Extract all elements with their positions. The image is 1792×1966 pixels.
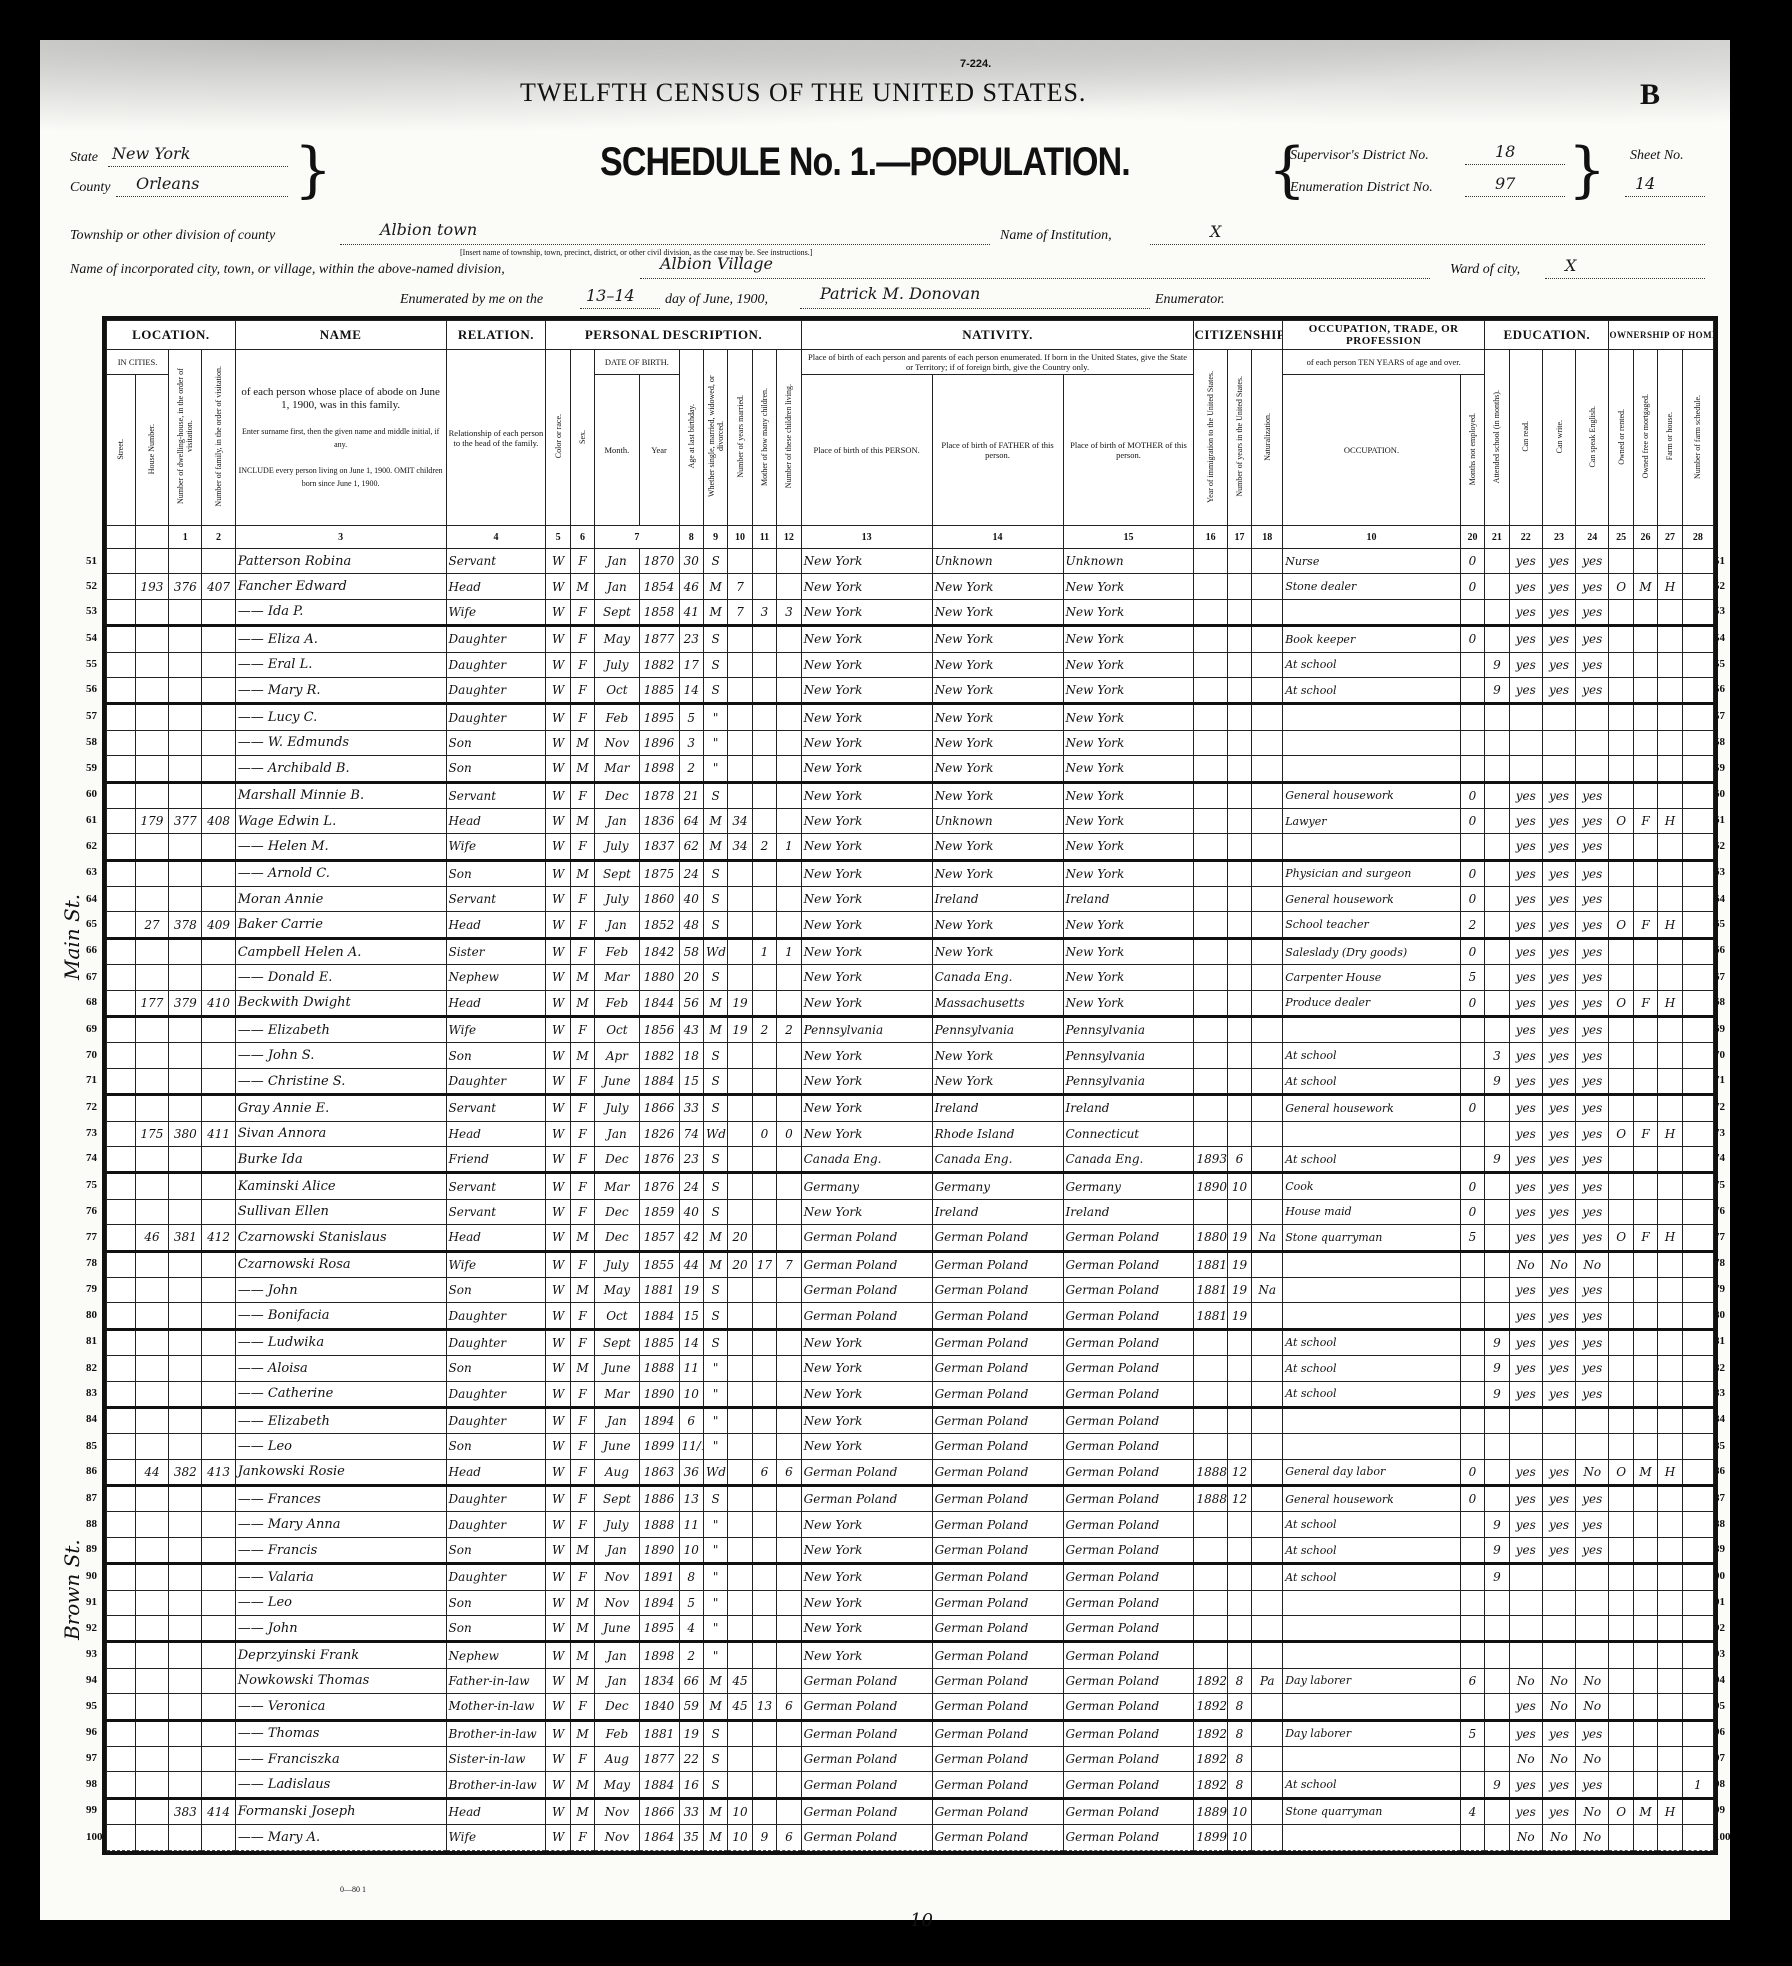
attended-school-cell — [1485, 1746, 1509, 1771]
house-number-cell — [135, 1173, 168, 1199]
occupation-cell — [1283, 599, 1461, 625]
column-number: 10 — [728, 526, 752, 549]
birth-year-cell: 1884 — [639, 1303, 679, 1329]
dwelling-number-cell: 377 — [169, 808, 202, 833]
age-cell: 8 — [679, 1564, 703, 1590]
naturalization-cell — [1252, 1537, 1283, 1563]
naturalization-cell — [1252, 1251, 1283, 1277]
dwelling-number-cell — [169, 782, 202, 808]
farm-schedule-cell — [1682, 1798, 1713, 1824]
naturalization-cell — [1252, 626, 1283, 652]
can-read-cell: yes — [1509, 1772, 1542, 1798]
occupation-cell — [1283, 1590, 1461, 1615]
farm-schedule-cell — [1682, 1225, 1713, 1251]
owned-rented-cell — [1609, 1381, 1633, 1407]
column-number: 23 — [1542, 526, 1575, 549]
can-read-cell: yes — [1509, 912, 1542, 938]
sex-cell: F — [570, 1694, 594, 1720]
name-cell: —— Valaria — [235, 1564, 446, 1590]
years-married-cell — [728, 860, 752, 886]
relation-cell: Servant — [446, 887, 546, 912]
years-in-us-cell — [1227, 965, 1251, 990]
table-row: —— Donald E.NephewWMMar188020SNew YorkCa… — [107, 965, 1714, 990]
birth-year-cell: 1898 — [639, 1642, 679, 1668]
owned-rented-cell — [1609, 1356, 1633, 1381]
birthplace-father-cell: Ireland — [932, 887, 1063, 912]
line-number-left: 75 — [86, 1179, 97, 1191]
marital-status-cell: S — [703, 782, 727, 808]
immigration-year-cell — [1194, 549, 1227, 574]
table-row: Patterson RobinaServantWFJan187030SNew Y… — [107, 549, 1714, 574]
house-number-cell — [135, 1537, 168, 1563]
birth-year-cell: 1864 — [639, 1825, 679, 1850]
marital-status-cell: S — [703, 1277, 727, 1302]
mother-of-cell — [752, 1564, 776, 1590]
attended-school-cell — [1485, 782, 1509, 808]
birthplace-father-cell: New York — [932, 938, 1063, 964]
years-in-us-cell — [1227, 990, 1251, 1016]
marital-status-cell: M — [703, 1668, 727, 1693]
years-in-us-cell — [1227, 1512, 1251, 1537]
can-speak-english-cell: yes — [1576, 860, 1609, 886]
dwelling-number-cell — [169, 704, 202, 730]
naturalization-cell — [1252, 1173, 1283, 1199]
birth-month-cell: Aug — [595, 1746, 639, 1771]
street-cell — [107, 1303, 136, 1329]
years-married-cell — [728, 1407, 752, 1433]
naturalization-cell — [1252, 1459, 1283, 1485]
can-speak-english-cell — [1576, 1407, 1609, 1433]
can-speak-english-cell: yes — [1576, 1356, 1609, 1381]
age-cell: 6 — [679, 1407, 703, 1433]
farm-schedule-cell — [1682, 1173, 1713, 1199]
immigration-year-cell: 1892 — [1194, 1694, 1227, 1720]
owned-rented-header: Owned or rented. — [1609, 350, 1633, 526]
farm-schedule-cell — [1682, 730, 1713, 755]
can-read-cell — [1509, 1616, 1542, 1642]
occupation-cell — [1283, 1017, 1461, 1043]
table-row: —— VeronicaMother-in-lawWFDec184059M4513… — [107, 1694, 1714, 1720]
naturalization-cell — [1252, 1199, 1283, 1224]
line-number: 89 — [1714, 1543, 1740, 1555]
column-number — [135, 526, 168, 549]
years-married-cell — [728, 1512, 752, 1537]
birthplace-mother-cell: New York — [1063, 912, 1194, 938]
owned-free-cell — [1633, 1512, 1657, 1537]
house-number-cell — [135, 1303, 168, 1329]
enumerated-day-field: 13–14 — [580, 290, 660, 309]
years-in-us-cell — [1227, 912, 1251, 938]
house-number-cell — [135, 1146, 168, 1172]
mother-of-cell: 9 — [752, 1825, 776, 1850]
marital-status-cell: S — [703, 626, 727, 652]
name-cell: —— John S. — [235, 1043, 446, 1068]
sex-cell: F — [570, 782, 594, 808]
street-cell — [107, 730, 136, 755]
farm-house-cell — [1658, 1043, 1682, 1068]
birthplace-person-cell: New York — [801, 1043, 932, 1068]
farm-house-cell — [1658, 1381, 1682, 1407]
farm-schedule-cell — [1682, 1668, 1713, 1693]
street-cell — [107, 1798, 136, 1824]
owned-rented-cell — [1609, 1512, 1633, 1537]
months-unemployed-cell — [1460, 1537, 1484, 1563]
attended-school-cell: 9 — [1485, 1146, 1509, 1172]
years-married-cell — [728, 1277, 752, 1302]
state-field: New York — [108, 148, 288, 167]
street-cell — [107, 1590, 136, 1615]
relation-cell: Daughter — [446, 1564, 546, 1590]
can-speak-english-cell: yes — [1576, 1095, 1609, 1121]
owned-free-cell: F — [1633, 1225, 1657, 1251]
table-row: 193376407Fancher EdwardHeadWMJan185446M7… — [107, 574, 1714, 599]
birthplace-person-cell: New York — [801, 704, 932, 730]
mother-of-cell — [752, 1199, 776, 1224]
farm-house-cell: H — [1658, 1459, 1682, 1485]
age-cell: 42 — [679, 1225, 703, 1251]
immigration-year-cell: 1892 — [1194, 1720, 1227, 1746]
marital-status-cell: S — [703, 1095, 727, 1121]
occupation-cell: General housework — [1283, 1095, 1461, 1121]
line-number: 64 — [1714, 893, 1740, 905]
name-cell: Campbell Helen A. — [235, 938, 446, 964]
schedule-title: SCHEDULE No. 1.—POPULATION. — [600, 140, 1130, 185]
color-cell: W — [546, 1590, 570, 1615]
birthplace-person-cell: New York — [801, 1068, 932, 1094]
table-row: Marshall Minnie B.ServantWFDec187821SNew… — [107, 782, 1714, 808]
birth-month-cell: Dec — [595, 1146, 639, 1172]
column-number: 8 — [679, 526, 703, 549]
family-number-cell: 413 — [202, 1459, 235, 1485]
farm-house-cell — [1658, 1486, 1682, 1512]
owned-rented-cell: O — [1609, 808, 1633, 833]
family-number-cell — [202, 756, 235, 782]
can-read-cell: yes — [1509, 1277, 1542, 1302]
line-number-left: 64 — [86, 893, 97, 905]
supervisor-district-label: Supervisor's District No. — [1290, 148, 1429, 164]
can-speak-english-cell — [1576, 1564, 1609, 1590]
dwelling-number-cell — [169, 549, 202, 574]
age-cell: 64 — [679, 808, 703, 833]
birth-year-cell: 1876 — [639, 1173, 679, 1199]
owned-rented-cell — [1609, 1537, 1633, 1563]
mother-of-cell: 1 — [752, 938, 776, 964]
owned-rented-cell: O — [1609, 990, 1633, 1016]
sex-cell: F — [570, 1434, 594, 1459]
can-write-cell: yes — [1542, 1772, 1575, 1798]
birthplace-father-cell: German Poland — [932, 1564, 1063, 1590]
birthplace-mother-cell: German Poland — [1063, 1746, 1194, 1771]
occupation-cell — [1283, 1251, 1461, 1277]
mother-of-cell — [752, 1407, 776, 1433]
attended-school-cell — [1485, 574, 1509, 599]
line-number-left: 70 — [86, 1049, 97, 1061]
birthplace-person-cell: New York — [801, 756, 932, 782]
color-cell: W — [546, 677, 570, 703]
township-value: Albion town — [380, 220, 477, 239]
can-read-cell: yes — [1509, 1225, 1542, 1251]
table-row: —— W. EdmundsSonWMNov18963"New YorkNew Y… — [107, 730, 1714, 755]
months-unemployed-cell — [1460, 1329, 1484, 1355]
attended-school-cell — [1485, 1486, 1509, 1512]
relation-cell: Head — [446, 808, 546, 833]
years-in-us-cell — [1227, 938, 1251, 964]
street-cell — [107, 1512, 136, 1537]
enumeration-district-value: 97 — [1495, 174, 1515, 193]
sex-cell: F — [570, 1746, 594, 1771]
marital-status-cell: M — [703, 599, 727, 625]
marital-status-cell: " — [703, 1590, 727, 1615]
sex-cell: F — [570, 677, 594, 703]
line-number-left: 74 — [86, 1152, 97, 1164]
occupation-cell — [1283, 730, 1461, 755]
owned-free-cell — [1633, 677, 1657, 703]
color-cell: W — [546, 756, 570, 782]
marital-status-cell: S — [703, 965, 727, 990]
children-living-cell: 2 — [777, 1017, 801, 1043]
owned-rented-cell — [1609, 834, 1633, 860]
line-number-left: 89 — [86, 1543, 97, 1555]
owned-free-cell — [1633, 1668, 1657, 1693]
table-row: —— ElizabethWifeWFOct185643M1922Pennsylv… — [107, 1017, 1714, 1043]
owned-free-cell — [1633, 549, 1657, 574]
can-write-cell: yes — [1542, 1512, 1575, 1537]
line-number: 97 — [1714, 1752, 1740, 1764]
house-number-cell — [135, 834, 168, 860]
name-cell: —— Mary R. — [235, 677, 446, 703]
owned-free-cell — [1633, 1694, 1657, 1720]
can-speak-english-cell: yes — [1576, 1512, 1609, 1537]
birthplace-father-cell: New York — [932, 704, 1063, 730]
years-in-us-cell — [1227, 756, 1251, 782]
birth-month-cell: June — [595, 1434, 639, 1459]
owned-rented-cell — [1609, 626, 1633, 652]
birthplace-father-cell: Ireland — [932, 1095, 1063, 1121]
mother-of-cell — [752, 574, 776, 599]
birthplace-father-cell: Unknown — [932, 808, 1063, 833]
occupation-cell: Cook — [1283, 1173, 1461, 1199]
years-married-cell — [728, 1303, 752, 1329]
marital-status-cell: M — [703, 808, 727, 833]
birthplace-father-cell: New York — [932, 834, 1063, 860]
owned-free-cell — [1633, 1746, 1657, 1771]
mother-of-cell — [752, 626, 776, 652]
family-number-cell — [202, 1199, 235, 1224]
years-married-cell — [728, 1434, 752, 1459]
table-row: —— Mary AnnaDaughterWFJuly188811"New Yor… — [107, 1512, 1714, 1537]
farm-house-cell: H — [1658, 990, 1682, 1016]
marital-status-cell: Wd — [703, 1121, 727, 1146]
family-number-cell: 414 — [202, 1798, 235, 1824]
line-number: 85 — [1714, 1440, 1740, 1452]
column-number: 21 — [1485, 526, 1509, 549]
line-number: 96 — [1714, 1726, 1740, 1738]
children-living-cell — [777, 1798, 801, 1824]
months-unemployed-cell: 6 — [1460, 1668, 1484, 1693]
marital-status-cell: S — [703, 549, 727, 574]
farm-schedule-cell — [1682, 1277, 1713, 1302]
farm-house-cell — [1658, 1277, 1682, 1302]
birth-month-cell: Nov — [595, 1564, 639, 1590]
table-row: Deprzyinski FrankNephewWMJan18982"New Yo… — [107, 1642, 1714, 1668]
marital-status-cell: " — [703, 756, 727, 782]
can-speak-english-cell: yes — [1576, 887, 1609, 912]
naturalization-cell — [1252, 1017, 1283, 1043]
occupation-cell: Day laborer — [1283, 1668, 1461, 1693]
marital-status-cell: S — [703, 1146, 727, 1172]
months-unemployed-cell — [1460, 704, 1484, 730]
marital-status-cell: S — [703, 1720, 727, 1746]
occupation-cell: General housework — [1283, 782, 1461, 808]
dwelling-number-cell: 378 — [169, 912, 202, 938]
color-cell: W — [546, 1616, 570, 1642]
birth-year-cell: 1858 — [639, 599, 679, 625]
years-in-us-cell — [1227, 599, 1251, 625]
family-number-cell — [202, 1512, 235, 1537]
months-unemployed-cell — [1460, 1303, 1484, 1329]
naturalization-cell — [1252, 1486, 1283, 1512]
table-row: Campbell Helen A.SisterWFFeb184258Wd11Ne… — [107, 938, 1714, 964]
street-cell — [107, 1173, 136, 1199]
years-in-us-cell: 8 — [1227, 1746, 1251, 1771]
naturalization-cell: Pa — [1252, 1668, 1283, 1693]
occupation-cell — [1283, 704, 1461, 730]
immigration-year-cell: 1892 — [1194, 1772, 1227, 1798]
house-number-cell — [135, 756, 168, 782]
mother-of-cell — [752, 1277, 776, 1302]
name-cell: —— Francis — [235, 1537, 446, 1563]
children-living-cell — [777, 1407, 801, 1433]
birthplace-person-cell: New York — [801, 1095, 932, 1121]
relation-cell: Son — [446, 860, 546, 886]
months-unemployed-cell: 5 — [1460, 1720, 1484, 1746]
can-speak-english-cell: yes — [1576, 782, 1609, 808]
farm-house-cell — [1658, 626, 1682, 652]
years-married-cell — [728, 677, 752, 703]
months-unemployed-cell: 2 — [1460, 912, 1484, 938]
months-unemployed-cell — [1460, 1564, 1484, 1590]
naturalization-cell — [1252, 549, 1283, 574]
age-cell: 56 — [679, 990, 703, 1016]
attended-school-cell — [1485, 938, 1509, 964]
mother-of-cell — [752, 1146, 776, 1172]
farm-house-cell — [1658, 782, 1682, 808]
can-write-cell: yes — [1542, 1173, 1575, 1199]
immigration-year-cell: 1880 — [1194, 1225, 1227, 1251]
farm-house-cell — [1658, 1199, 1682, 1224]
line-number: 71 — [1714, 1074, 1740, 1086]
family-number-cell: 408 — [202, 808, 235, 833]
farm-schedule-cell — [1682, 1486, 1713, 1512]
children-living-cell — [777, 965, 801, 990]
can-speak-english-cell — [1576, 1434, 1609, 1459]
months-unemployed-cell — [1460, 652, 1484, 677]
line-number-left: 87 — [86, 1492, 97, 1504]
owned-free-cell — [1633, 756, 1657, 782]
birthplace-person-cell: New York — [801, 1537, 932, 1563]
birthplace-father-cell: German Poland — [932, 1642, 1063, 1668]
children-living-cell — [777, 1616, 801, 1642]
color-cell: W — [546, 1407, 570, 1433]
can-write-cell: No — [1542, 1694, 1575, 1720]
attended-school-cell — [1485, 1798, 1509, 1824]
naturalization-cell — [1252, 1798, 1283, 1824]
name-cell: Sullivan Ellen — [235, 1199, 446, 1224]
attended-school-cell — [1485, 1668, 1509, 1693]
children-living-cell — [777, 1642, 801, 1668]
years-in-us-cell: 19 — [1227, 1277, 1251, 1302]
owned-rented-cell — [1609, 1746, 1633, 1771]
mother-of-cell — [752, 782, 776, 808]
farm-house-cell — [1658, 1407, 1682, 1433]
attended-school-cell: 9 — [1485, 1329, 1509, 1355]
farm-schedule-cell — [1682, 704, 1713, 730]
occupation-cell: General housework — [1283, 887, 1461, 912]
attended-school-cell — [1485, 1121, 1509, 1146]
house-number-cell — [135, 1043, 168, 1068]
owned-free-cell — [1633, 1329, 1657, 1355]
occupation-cell — [1283, 1616, 1461, 1642]
naturalization-cell — [1252, 965, 1283, 990]
line-number-left: 65 — [86, 918, 97, 930]
name-cell: —— Helen M. — [235, 834, 446, 860]
color-cell: W — [546, 704, 570, 730]
relation-cell: Daughter — [446, 626, 546, 652]
can-read-cell — [1509, 1407, 1542, 1433]
months-unemployed-cell — [1460, 1277, 1484, 1302]
house-number-cell — [135, 860, 168, 886]
occupation-cell: Stone quarryman — [1283, 1798, 1461, 1824]
sex-cell: M — [570, 1772, 594, 1798]
owned-rented-cell — [1609, 1616, 1633, 1642]
can-speak-english-cell: yes — [1576, 1486, 1609, 1512]
table-row: —— ElizabethDaughterWFJan18946"New YorkG… — [107, 1407, 1714, 1433]
months-unemployed-cell — [1460, 1772, 1484, 1798]
supervisor-district-field: 18 — [1465, 146, 1565, 165]
occupation-cell: At school — [1283, 1381, 1461, 1407]
line-number: 93 — [1714, 1648, 1740, 1660]
birth-year-cell: 1899 — [639, 1434, 679, 1459]
age-cell: 36 — [679, 1459, 703, 1485]
dwelling-number-cell — [169, 677, 202, 703]
house-number-cell — [135, 1694, 168, 1720]
relation-cell: Son — [446, 1277, 546, 1302]
color-cell: W — [546, 1564, 570, 1590]
dwelling-number-cell — [169, 1512, 202, 1537]
can-read-cell: yes — [1509, 1486, 1542, 1512]
owned-free-cell — [1633, 1173, 1657, 1199]
birth-year-cell: 1866 — [639, 1095, 679, 1121]
street-cell — [107, 834, 136, 860]
relation-cell: Son — [446, 730, 546, 755]
birth-month-cell: Aug — [595, 1459, 639, 1485]
owned-rented-cell: O — [1609, 1798, 1633, 1824]
months-unemployed-cell — [1460, 1356, 1484, 1381]
line-number-left: 51 — [86, 555, 97, 567]
farm-house-cell — [1658, 677, 1682, 703]
can-speak-english-cell: yes — [1576, 938, 1609, 964]
birthplace-person-cell: New York — [801, 599, 932, 625]
naturalization-cell — [1252, 574, 1283, 599]
relation-cell: Son — [446, 1434, 546, 1459]
sex-cell: F — [570, 549, 594, 574]
family-number-cell — [202, 1694, 235, 1720]
mother-of-cell: 13 — [752, 1694, 776, 1720]
attended-school-cell — [1485, 990, 1509, 1016]
street-cell — [107, 808, 136, 833]
occupation-cell: School teacher — [1283, 912, 1461, 938]
farm-house-cell — [1658, 1329, 1682, 1355]
